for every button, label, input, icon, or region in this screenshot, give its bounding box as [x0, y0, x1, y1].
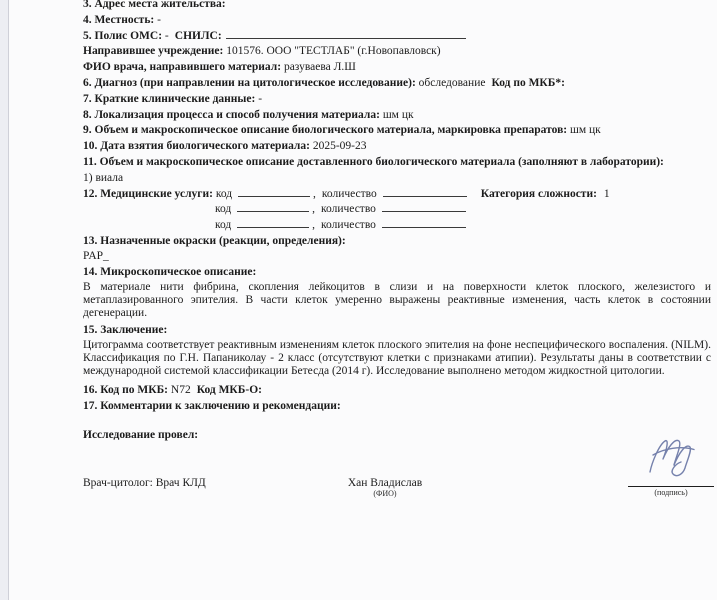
field-locality: 4. Местность: - [83, 13, 711, 29]
services-qty-label: количество [321, 219, 376, 231]
snils-blank-line [226, 29, 466, 39]
cytologist: Врач-цитолог: Врач КЛД [83, 477, 330, 489]
services-kod-label: код [215, 219, 231, 231]
field-localization-label: 8. Локализация процесса и способ получен… [83, 109, 380, 121]
signature-line [628, 486, 714, 487]
complexity-category-label: Категория сложности: [481, 188, 597, 200]
field-clinical-data: 7. Краткие клинические данные: - [83, 92, 711, 108]
field-comments-label: 17. Комментарии к заключению и рекоменда… [83, 400, 341, 412]
field-oms-value: - [165, 30, 169, 42]
field-diagnosis-label: 6. Диагноз (при направлении на цитологич… [83, 77, 416, 89]
page-left-edge [0, 0, 9, 600]
doctor-fio-block: Хан Владислав (ФИО) [330, 477, 440, 499]
services-comma: , [313, 188, 316, 200]
handwritten-signature-icon [640, 432, 702, 484]
services-kod-blank [237, 218, 309, 228]
services-kod-label: код [215, 203, 231, 215]
performed-by: Исследование провел: [83, 428, 711, 444]
field-delivered-material: 11. Объем и макроскопическое описание до… [83, 155, 711, 171]
field-mkb-code-value: N72 [171, 384, 191, 396]
services-comma: , [312, 203, 315, 215]
field-mkb-label: Код по МКБ*: [491, 77, 565, 89]
field-collection-date-value: 2025-09-23 [313, 140, 367, 152]
services-comma: , [312, 219, 315, 231]
cytology-report-document: 3. Адрес места жительства: 4. Местность:… [83, 0, 711, 499]
services-qty-blank [382, 202, 466, 212]
field-macro-description-label: 9. Объем и макроскопическое описание био… [83, 124, 567, 136]
field-referrer-value: 101576. ООО "ТЕСТЛАБ" (г.Новопавловск) [226, 45, 440, 57]
performed-by-label: Исследование провел: [83, 429, 198, 441]
field-stains-value: PAP_ [83, 250, 711, 263]
field-referrer-label: Направившее учреждение: [83, 45, 223, 57]
field-clinical-data-label: 7. Краткие клинические данные: [83, 93, 255, 105]
field-referring-doctor-value: разуваева Л.Ш [284, 61, 356, 73]
field-mkb-o-label: Код МКБ-О: [197, 384, 262, 396]
field-diagnosis-value: обследование [419, 77, 486, 89]
services-kod-blank [238, 187, 310, 197]
field-snils-label: СНИЛС: [175, 30, 222, 42]
field-address-label: 3. Адрес места жительства: [83, 0, 226, 10]
field-mkb-code: 16. Код по МКБ: N72Код МКБ-О: [83, 383, 711, 399]
services-qty-blank [383, 187, 467, 197]
field-clinical-data-value: - [258, 93, 262, 105]
field-locality-label: 4. Местность: [83, 14, 154, 26]
field-delivered-material-value: 1) виала [83, 171, 711, 187]
services-kod-label: код [216, 188, 232, 200]
field-mkb-code-label: 16. Код по МКБ: [83, 384, 168, 396]
services-kod-blank [237, 202, 309, 212]
signature-caption: (подпись) [628, 488, 714, 497]
field-stains: 13. Назначенные окраски (реакции, опреде… [83, 234, 711, 250]
micro-description-text: В материале нити фибрина, скопления лейк… [83, 281, 711, 321]
services-qty-label: количество [321, 203, 376, 215]
field-referrer: Направившее учреждение: 101576. ООО "ТЕС… [83, 44, 711, 60]
field-macro-description-value: шм цк [570, 124, 601, 136]
field-stains-label: 13. Назначенные окраски (реакции, опреде… [83, 235, 346, 247]
field-collection-date: 10. Дата взятия биологического материала… [83, 139, 711, 155]
conclusion-text: Цитограмма соответствует реактивным изме… [83, 339, 711, 379]
field-collection-date-label: 10. Дата взятия биологического материала… [83, 140, 310, 152]
field-services-label: 12. Медицинские услуги: [83, 188, 213, 200]
field-locality-value: - [157, 14, 161, 26]
field-referring-doctor: ФИО врача, направившего материал: разува… [83, 60, 711, 76]
field-oms-label: 5. Полис ОМС: [83, 30, 162, 42]
medical-services-row-1: 12. Медицинские услуги: код ,количествоК… [83, 187, 711, 203]
field-conclusion-label: 15. Заключение: [83, 324, 167, 336]
fio-caption: (ФИО) [330, 489, 440, 499]
field-referring-doctor-label: ФИО врача, направившего материал: [83, 61, 281, 73]
services-qty-blank [382, 218, 466, 228]
field-localization: 8. Локализация процесса и способ получен… [83, 108, 711, 124]
medical-services-row-3: код ,количество [83, 218, 711, 234]
field-micro-description-label: 14. Микроскопическое описание: [83, 266, 256, 278]
field-comments: 17. Комментарии к заключению и рекоменда… [83, 399, 711, 415]
field-macro-description: 9. Объем и макроскопическое описание био… [83, 123, 711, 139]
field-conclusion: 15. Заключение: [83, 323, 711, 339]
services-qty-label: количество [322, 188, 377, 200]
field-delivered-material-label: 11. Объем и макроскопическое описание до… [83, 156, 664, 168]
doctor-signature-row: Врач-цитолог: Врач КЛД Хан Владислав (ФИ… [83, 477, 711, 499]
field-oms-snils: 5. Полис ОМС: -СНИЛС: [83, 29, 711, 45]
doctor-fio-value: Хан Владислав [330, 477, 440, 489]
field-address: 3. Адрес места жительства: [83, 0, 711, 13]
signature-block: (подпись) [628, 432, 714, 497]
field-localization-value: шм цк [383, 109, 414, 121]
complexity-category-value: 1 [604, 188, 610, 200]
field-diagnosis: 6. Диагноз (при направлении на цитологич… [83, 76, 711, 92]
medical-services-row-2: код ,количество [83, 202, 711, 218]
field-micro-description: 14. Микроскопическое описание: [83, 265, 711, 281]
